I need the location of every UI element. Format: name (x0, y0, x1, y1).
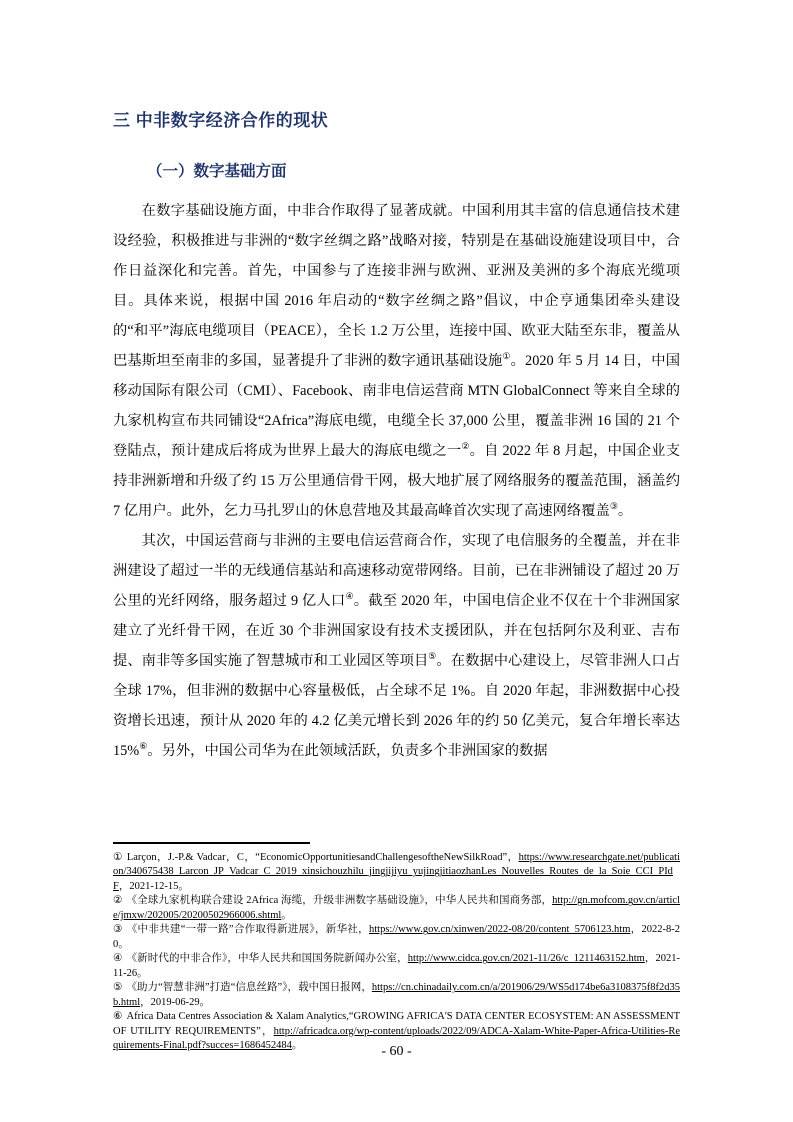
footnotes-section: ①Larçon，J.-P.& Vadcar，C，“EconomicOpportu… (113, 842, 680, 1054)
footnote-text: 《中非共建“一带一路”合作取得新进展》，新华社， (127, 924, 369, 935)
footnote-marker: ⑤ (113, 982, 122, 993)
page-number: - 60 - (0, 1044, 793, 1060)
footnote-text: 。 (281, 910, 292, 921)
footnote-url-link[interactable]: https://www.gov.cn/xinwen/2022-08/20/con… (369, 924, 630, 935)
footnote-item: ④《新时代的中非合作》，中华人民共和国国务院新闻办公室，http://www.c… (113, 952, 680, 981)
footnote-reference[interactable]: ③ (610, 501, 618, 511)
footnote-text: ，2019-06-29。 (140, 997, 210, 1008)
paragraph-text: 。另外，中国公司华为在此领域活跃，负责多个非洲国家的数据 (147, 743, 547, 759)
footnote-text: Larçon，J.-P.& Vadcar，C，“EconomicOpportun… (127, 852, 519, 863)
footnote-item: ①Larçon，J.-P.& Vadcar，C，“EconomicOpportu… (113, 851, 680, 894)
body-text: 在数字基础设施方面，中非合作取得了显著成就。中国利用其丰富的信息通信技术建设经验… (113, 196, 680, 838)
footnote-reference[interactable]: ④ (345, 591, 353, 601)
footnote-text: 《新时代的中非合作》，中华人民共和国国务院新闻办公室， (127, 953, 408, 964)
footnote-item: ⑤《助力“智慧非洲”打造“信息丝路”》，载中国日报网，https://cn.ch… (113, 981, 680, 1010)
page-content: 三 中非数字经济合作的现状 （一）数字基础方面 在数字基础设施方面，中非合作取得… (113, 106, 680, 838)
subsection-heading: （一）数字基础方面 (147, 159, 680, 181)
section-heading: 三 中非数字经济合作的现状 (113, 106, 680, 131)
footnote-reference[interactable]: ② (461, 441, 469, 451)
body-paragraph: 其次，中国运营商与非洲的主要电信运营商合作，实现了电信服务的全覆盖，并在非洲建设… (113, 526, 680, 766)
footnote-reference[interactable]: ① (502, 351, 510, 361)
footnote-item: ②《全球九家机构联合建设 2Africa 海缆，升级非洲数字基础设施》，中华人民… (113, 894, 680, 923)
footnote-marker: ② (113, 895, 123, 906)
footnote-separator (113, 842, 310, 844)
body-paragraph: 在数字基础设施方面，中非合作取得了显著成就。中国利用其丰富的信息通信技术建设经验… (113, 196, 680, 526)
paragraph-text: 在数字基础设施方面，中非合作取得了显著成就。中国利用其丰富的信息通信技术建设经验… (113, 203, 680, 369)
footnote-marker: ① (113, 852, 123, 863)
footnote-text: 《全球九家机构联合建设 2Africa 海缆，升级非洲数字基础设施》，中华人民共… (127, 895, 553, 906)
footnote-marker: ⑥ (113, 1011, 123, 1022)
footnote-marker: ④ (113, 953, 123, 964)
footnote-text: ，2021-12-15。 (119, 881, 189, 892)
document-page: 三 中非数字经济合作的现状 （一）数字基础方面 在数字基础设施方面，中非合作取得… (0, 0, 793, 1122)
footnote-list: ①Larçon，J.-P.& Vadcar，C，“EconomicOpportu… (113, 851, 680, 1054)
footnote-url-link[interactable]: http://www.cidca.gov.cn/2021-11/26/c_121… (408, 953, 645, 964)
footnote-item: ③《中非共建“一带一路”合作取得新进展》，新华社，https://www.gov… (113, 923, 680, 952)
footnote-text: 《助力“智慧非洲”打造“信息丝路”》，载中国日报网， (126, 982, 371, 993)
footnote-marker: ③ (113, 924, 123, 935)
paragraph-text: 。 (618, 503, 632, 519)
